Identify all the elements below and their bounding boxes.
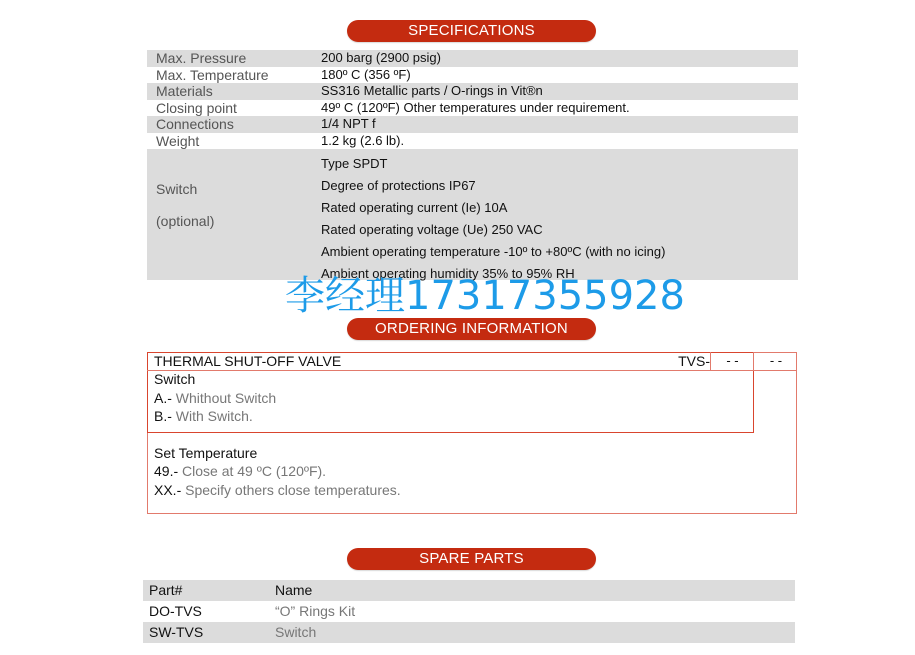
option-text: Whithout Switch xyxy=(172,390,276,406)
option-text: With Switch. xyxy=(172,408,253,424)
spec-value: 180º C (356 ºF) xyxy=(321,67,798,84)
ordering-header: THERMAL SHUT-OFF VALVE TVS- - - - - xyxy=(147,352,797,371)
spec-label: Materials xyxy=(147,83,321,100)
option-text: Specify others close temperatures. xyxy=(181,482,400,498)
spec-label: Weight xyxy=(147,133,321,150)
temperature-option: XX.- Specify others close temperatures. xyxy=(154,482,401,498)
table-row: DO-TVS “O” Rings Kit xyxy=(143,601,795,622)
ordering-heading: ORDERING INFORMATION xyxy=(347,318,596,340)
switch-values: Type SPDT Degree of protections IP67 Rat… xyxy=(321,149,798,280)
spec-value: 1/4 NPT f xyxy=(321,116,798,133)
header-name: Name xyxy=(275,580,795,601)
table-row: SW-TVS Switch xyxy=(143,622,795,643)
option-code: XX.- xyxy=(154,482,181,498)
spec-row: Connections 1/4 NPT f xyxy=(147,116,798,133)
switch-value: Ambient operating temperature -10º to +8… xyxy=(321,241,798,263)
option-code: B.- xyxy=(154,408,172,424)
header-part: Part# xyxy=(143,580,275,601)
code-slot-temperature: - - xyxy=(753,352,798,370)
spec-label: Closing point xyxy=(147,100,321,117)
spec-value: SS316 Metallic parts / O-rings in Vit®n xyxy=(321,83,798,100)
part-number: SW-TVS xyxy=(143,622,275,643)
temperature-options-title: Set Temperature xyxy=(154,445,257,461)
code-prefix: TVS- xyxy=(678,352,710,370)
option-code: 49.- xyxy=(154,463,178,479)
switch-value: Rated operating voltage (Ue) 250 VAC xyxy=(321,219,798,241)
part-name: “O” Rings Kit xyxy=(275,601,795,622)
product-name: THERMAL SHUT-OFF VALVE xyxy=(154,352,341,370)
option-code: A.- xyxy=(154,390,172,406)
switch-options-title: Switch xyxy=(154,371,195,387)
switch-value: Rated operating current (Ie) 10A xyxy=(321,197,798,219)
switch-value: Degree of protections IP67 xyxy=(321,175,798,197)
switch-value: Type SPDT xyxy=(321,153,798,175)
option-text: Close at 49 ºC (120ºF). xyxy=(178,463,326,479)
spec-value: 200 barg (2900 psig) xyxy=(321,50,798,67)
switch-label: Switch xyxy=(156,181,197,197)
spec-row: Max. Pressure 200 barg (2900 psig) xyxy=(147,50,798,67)
spec-row: Materials SS316 Metallic parts / O-rings… xyxy=(147,83,798,100)
spec-label: Max. Temperature xyxy=(147,67,321,84)
spec-row: Weight 1.2 kg (2.6 lb). xyxy=(147,133,798,150)
spec-label: Connections xyxy=(147,116,321,133)
spare-parts-heading: SPARE PARTS xyxy=(347,548,596,570)
switch-label-cell: Switch (optional) xyxy=(147,149,321,280)
spare-parts-table: Part# Name DO-TVS “O” Rings Kit SW-TVS S… xyxy=(143,580,795,643)
switch-option: A.- Whithout Switch xyxy=(154,390,276,406)
spec-value: 1.2 kg (2.6 lb). xyxy=(321,133,798,150)
specifications-table: Max. Pressure 200 barg (2900 psig) Max. … xyxy=(147,50,798,280)
temperature-option: 49.- Close at 49 ºC (120ºF). xyxy=(154,463,326,479)
part-number: DO-TVS xyxy=(143,601,275,622)
part-name: Switch xyxy=(275,622,795,643)
spec-label: Max. Pressure xyxy=(147,50,321,67)
spec-row: Closing point 49º C (120ºF) Other temper… xyxy=(147,100,798,117)
spec-row: Max. Temperature 180º C (356 ºF) xyxy=(147,67,798,84)
switch-spec-block: Switch (optional) Type SPDT Degree of pr… xyxy=(147,149,798,280)
table-header: Part# Name xyxy=(143,580,795,601)
specifications-heading: SPECIFICATIONS xyxy=(347,20,596,42)
contact-watermark: 李经理17317355928 xyxy=(285,272,685,320)
spec-value: 49º C (120ºF) Other temperatures under r… xyxy=(321,100,798,117)
code-slot-switch: - - xyxy=(710,352,754,370)
switch-sublabel: (optional) xyxy=(156,213,214,229)
switch-option: B.- With Switch. xyxy=(154,408,253,424)
